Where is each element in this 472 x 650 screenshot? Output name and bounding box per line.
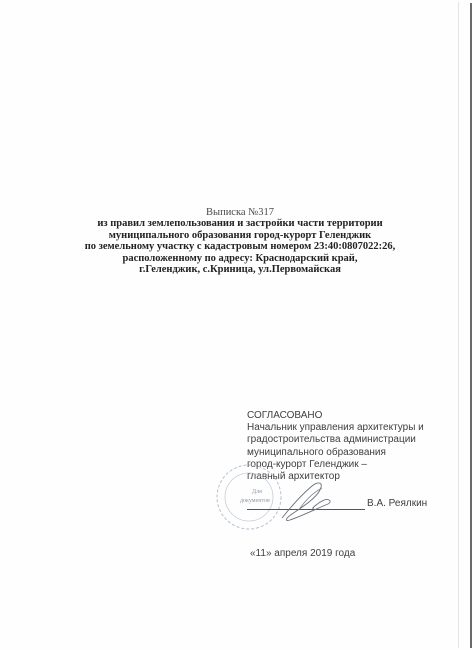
approval-date: «11» апреля 2019 года xyxy=(250,548,355,559)
position-line-1: Начальник управления архитектуры и xyxy=(247,422,447,434)
position-line-2: градостроительства администрации xyxy=(247,434,447,446)
signer-name: В.А. Реялкин xyxy=(367,498,427,509)
subtitle-line-1: из правил землепользования и застройки ч… xyxy=(80,218,400,229)
subtitle-line-3: по земельному участку с кадастровым номе… xyxy=(80,241,400,252)
subtitle-line-2: муниципального образования город-курорт … xyxy=(80,230,400,241)
document-page: Выписка №317 из правил землепользования … xyxy=(0,0,472,650)
subtitle-line-5: г.Геленджик, с.Криница, ул.Первомайская xyxy=(80,264,400,275)
scan-edge-line xyxy=(458,2,459,648)
handwritten-signature-icon xyxy=(270,478,350,528)
document-title: Выписка №317 xyxy=(80,207,400,218)
subtitle-line-4: расположенному по адресу: Краснодарский … xyxy=(80,253,400,264)
svg-text:Для: Для xyxy=(252,489,262,495)
document-title-block: Выписка №317 из правил землепользования … xyxy=(80,207,400,275)
approval-heading: СОГЛАСОВАНО xyxy=(247,410,447,422)
position-line-3: муниципального образования xyxy=(247,447,447,459)
